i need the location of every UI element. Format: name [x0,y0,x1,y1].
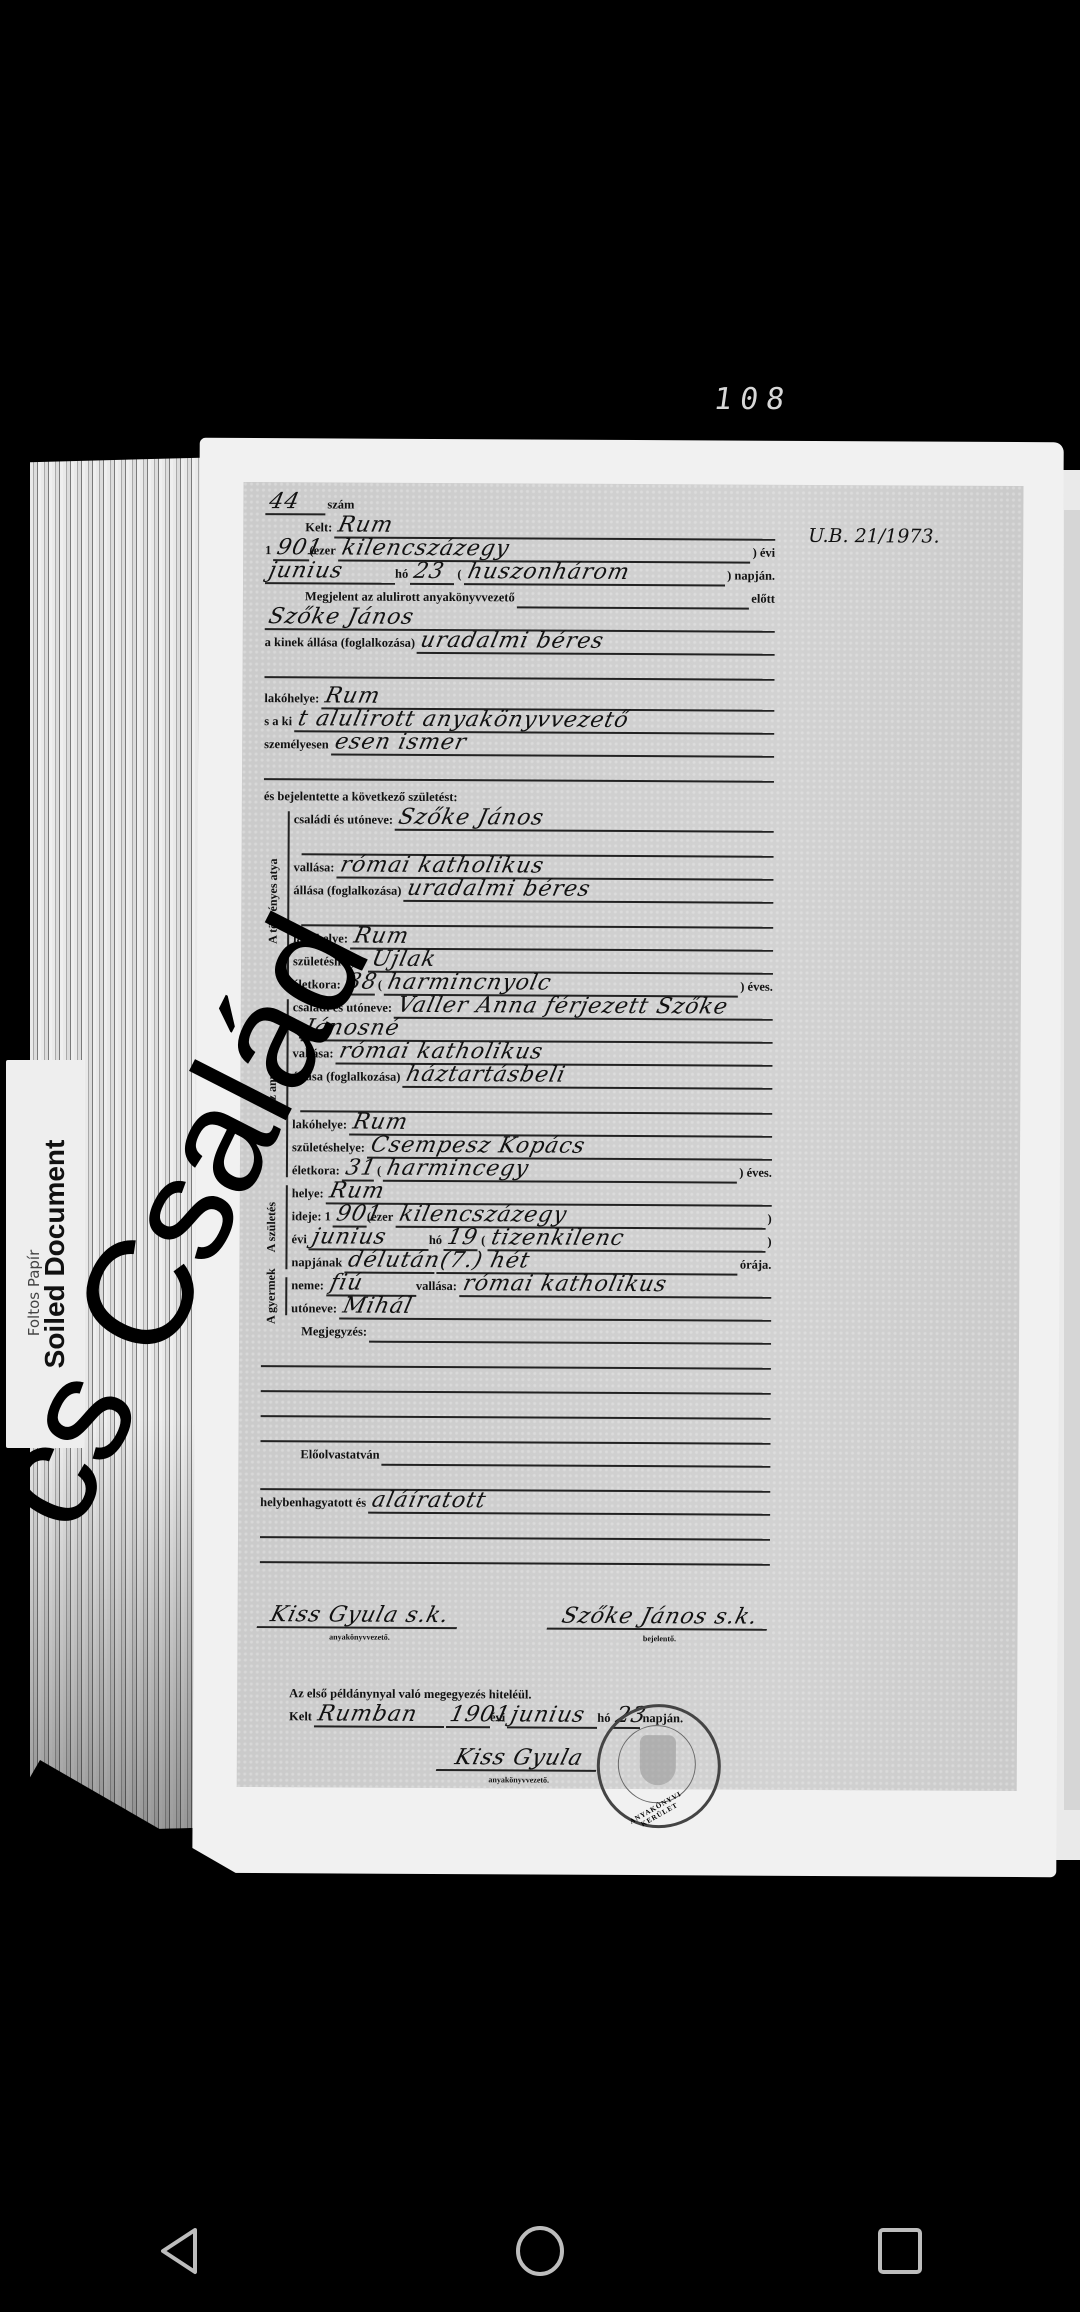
margin-annotation: U.B. 21/1973. [808,525,939,548]
declarant-caption: bejelentő. [549,1634,769,1644]
label-father-name: családi és utóneve: [294,812,393,831]
label-father-religion: vallása: [293,860,334,878]
mother-birthplace: Csempesz Kopács [369,1135,588,1158]
label-read: Előolvastatván [300,1447,379,1465]
declarant-signature: Szőke János s.k. [547,1606,773,1631]
cert-place: Rumban [316,1703,420,1725]
day-words: huszonhárom [465,561,631,584]
birth-year: 901 [335,1203,385,1225]
personally-value: esen ismer [332,731,468,754]
year-words: kilencszázegy [339,538,511,561]
recents-button[interactable] [840,2206,960,2296]
label-father-eves: ) éves. [740,980,773,998]
child-religion: római katholikus [461,1273,669,1296]
birth-hour: (7.) hét [438,1250,532,1272]
record-number: 44 [267,491,302,513]
birth-place: Rum [327,1180,386,1202]
birth-day: 19 [446,1227,481,1249]
label-birth-evi: évi [292,1232,307,1250]
mother-age-words: harmincegy [385,1158,532,1181]
label-cert-kelt: Kelt [289,1709,312,1727]
day-value: 23 [412,561,447,583]
label-father-occupation: állása (foglalkozása) [293,883,401,902]
birth-daypart: délután [346,1250,442,1272]
label-napjan: ) napján. [727,569,775,587]
registrar-signature: Kiss Gyula s.k. [257,1604,463,1629]
known-value: t alulirott anyakönyvvezető [296,708,631,732]
cert-month: junius [509,1704,587,1726]
mother-occupation: háztartásbeli [404,1064,568,1087]
label-ho: hó [395,567,408,585]
declarant-name: Szőke János [266,606,416,629]
label-mother-eves: ) éves. [739,1166,772,1184]
recents-icon [875,2226,925,2276]
document-image-viewer[interactable]: 108 U.B. 21/1973. 44 szám Kelt: Rum 1 90… [0,0,1080,2190]
back-icon [157,2226,203,2276]
occupation-value: uradalmi béres [419,630,607,653]
birth-month: junius [310,1226,388,1248]
registrar-caption: anyakönyvvezető. [259,1632,459,1642]
father-name: Szőke János [397,807,547,830]
coat-of-arms-icon [640,1735,676,1785]
approved-value: aláíratott [370,1490,489,1513]
child-sex: fiú [328,1272,365,1294]
label-occupation: a kinek állása (foglalkozása) [265,635,415,654]
register-page: U.B. 21/1973. 44 szám Kelt: Rum 1 901 (e… [192,438,1064,1878]
child-section: A gyermek neme:fiúvallása:római katholik… [261,1273,771,1322]
official-seal: ANYAKÖNYVI KERÜLET [596,1704,721,1829]
mother-name: Valler Anna férjezett Szőke [396,995,731,1019]
back-button[interactable] [120,2206,240,2296]
android-nav-bar [0,2190,1080,2312]
label-child-name: utóneve: [291,1301,337,1319]
cert-caption: anyakönyvvezető. [439,1775,599,1785]
birth-year-words: kilencszázegy [397,1204,569,1227]
label-s-a-ki: s a ki [264,714,292,732]
father-age-words: harmincnyolc [386,972,554,995]
birth-record-form: U.B. 21/1973. 44 szám Kelt: Rum 1 901 (e… [237,482,1024,1791]
label-elott: előtt [751,592,775,610]
label-birth-place: helye: [292,1186,324,1204]
residence-value: Rum [323,685,382,707]
label-cert-ho: hó [597,1711,610,1729]
father-occupation: uradalmi béres [405,878,593,901]
label-year-prefix: 1 [265,543,271,561]
birth-day-words: tizenkilenc [489,1227,626,1250]
form-body: 44 szám Kelt: Rum 1 901 (ezer kilencszáz… [259,492,776,1786]
cert-signature: Kiss Gyula [436,1747,602,1772]
label-evi: ) évi [753,546,776,564]
birth-section: A születés helye:Rum ideje: 1901(ezerkil… [261,1181,771,1276]
label-child-religion: vallása: [416,1279,457,1297]
mother-religion: római katholikus [337,1041,545,1064]
label-child-sex: neme: [291,1278,324,1296]
label-remarks: Megjegyzés: [301,1324,367,1342]
child-name: Mihál [341,1296,415,1318]
mother-residence: Rum [351,1112,410,1134]
signatures: Kiss Gyula s.k. anyakönyvvezető. Szőke J… [259,1571,769,1644]
label-szemelyesen: személyesen [264,737,329,755]
cert-year: 1901 [448,1704,513,1726]
home-button[interactable] [480,2206,600,2296]
father-religion: római katholikus [338,855,546,878]
month-value: junius [267,560,345,582]
child-group-label: A gyermek [264,1268,279,1324]
kelt-value: Rum [336,514,395,536]
label-approved: helybenhagyatott és [260,1495,366,1514]
mother-age: 31 [343,1158,378,1180]
year-value: 901 [275,537,325,559]
home-icon [513,2224,567,2278]
frame-number: 108 [712,382,795,417]
label-oraja: órája. [740,1258,772,1276]
